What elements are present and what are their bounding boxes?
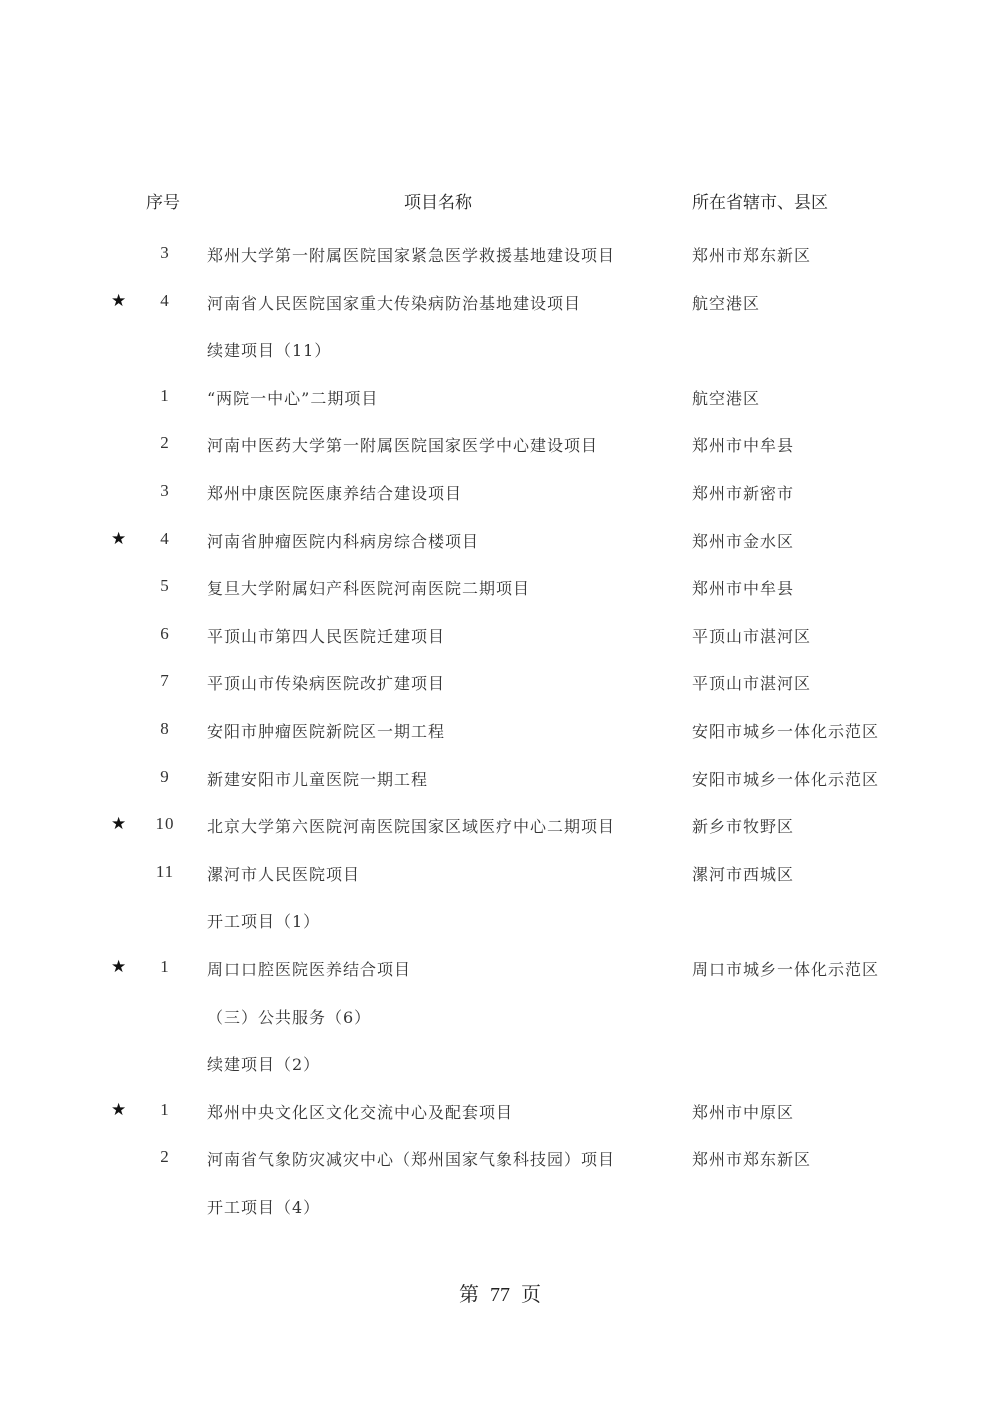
row-number: 1 (150, 1100, 180, 1120)
table-row: 1“两院一中心”二期项目航空港区 (0, 386, 1000, 416)
row-number: 2 (150, 1147, 180, 1167)
project-name: 河南省气象防灾减灾中心（郑州国家气象科技园）项目 (207, 1147, 615, 1170)
project-location: 郑州市金水区 (692, 529, 794, 552)
project-name: 郑州中康医院医康养结合建设项目 (207, 481, 462, 504)
project-location: 郑州市中牟县 (692, 433, 794, 456)
row-number: 4 (150, 529, 180, 549)
row-number: 5 (150, 576, 180, 596)
project-location: 安阳市城乡一体化示范区 (692, 767, 879, 790)
star-icon: ★ (111, 1100, 127, 1120)
table-header: 序号 项目名称 所在省辖市、县区 (0, 188, 1000, 218)
table-row: ★4河南省肿瘤医院内科病房综合楼项目郑州市金水区 (0, 529, 1000, 559)
row-number: 3 (150, 243, 180, 263)
table-row: ★1周口口腔医院医养结合项目周口市城乡一体化示范区 (0, 957, 1000, 987)
project-name: “两院一中心”二期项目 (207, 386, 378, 409)
table-row: 11漯河市人民医院项目漯河市西城区 (0, 862, 1000, 892)
project-name: 周口口腔医院医养结合项目 (207, 957, 411, 980)
project-name: 平顶山市传染病医院改扩建项目 (207, 671, 445, 694)
project-name: 开工项目（4） (207, 1195, 320, 1218)
project-location: 航空港区 (692, 386, 760, 409)
row-number: 2 (150, 433, 180, 453)
star-icon: ★ (111, 814, 127, 834)
row-number: 11 (150, 862, 180, 882)
row-number: 10 (150, 814, 180, 834)
table-row: 8安阳市肿瘤医院新院区一期工程安阳市城乡一体化示范区 (0, 719, 1000, 749)
project-name: （三）公共服务（6） (207, 1005, 371, 1028)
star-icon: ★ (111, 291, 127, 311)
project-location: 平顶山市湛河区 (692, 671, 811, 694)
header-location: 所在省辖市、县区 (692, 188, 828, 213)
project-name: 北京大学第六医院河南医院国家区域医疗中心二期项目 (207, 814, 615, 837)
project-name: 河南省人民医院国家重大传染病防治基地建设项目 (207, 291, 581, 314)
table-row: 3郑州大学第一附属医院国家紧急医学救援基地建设项目郑州市郑东新区 (0, 243, 1000, 273)
row-number: 1 (150, 957, 180, 977)
row-number: 6 (150, 624, 180, 644)
star-icon: ★ (111, 529, 127, 549)
project-name: 复旦大学附属妇产科医院河南医院二期项目 (207, 576, 530, 599)
project-location: 郑州市郑东新区 (692, 243, 811, 266)
page-number: 第 77 页 (0, 1278, 1000, 1307)
project-name: 河南中医药大学第一附属医院国家医学中心建设项目 (207, 433, 598, 456)
table-row: 6平顶山市第四人民医院迁建项目平顶山市湛河区 (0, 624, 1000, 654)
table-row: 5复旦大学附属妇产科医院河南医院二期项目郑州市中牟县 (0, 576, 1000, 606)
row-number: 8 (150, 719, 180, 739)
table-row: （三）公共服务（6） (0, 1005, 1000, 1035)
project-name: 河南省肿瘤医院内科病房综合楼项目 (207, 529, 479, 552)
table-row: 开工项目（1） (0, 909, 1000, 939)
table-row: 3郑州中康医院医康养结合建设项目郑州市新密市 (0, 481, 1000, 511)
header-number: 序号 (146, 188, 180, 213)
project-location: 郑州市中牟县 (692, 576, 794, 599)
project-name: 续建项目（2） (207, 1052, 320, 1075)
project-name: 开工项目（1） (207, 909, 320, 932)
project-name: 郑州大学第一附属医院国家紧急医学救援基地建设项目 (207, 243, 615, 266)
project-name: 新建安阳市儿童医院一期工程 (207, 767, 428, 790)
project-location: 郑州市新密市 (692, 481, 794, 504)
table-row: 2河南省气象防灾减灾中心（郑州国家气象科技园）项目郑州市郑东新区 (0, 1147, 1000, 1177)
document-page: 序号 项目名称 所在省辖市、县区 3郑州大学第一附属医院国家紧急医学救援基地建设… (0, 0, 1000, 1414)
header-name: 项目名称 (404, 188, 472, 213)
project-location: 安阳市城乡一体化示范区 (692, 719, 879, 742)
table-row: ★1郑州中央文化区文化交流中心及配套项目郑州市中原区 (0, 1100, 1000, 1130)
row-number: 3 (150, 481, 180, 501)
table-row: 续建项目（11） (0, 338, 1000, 368)
project-location: 平顶山市湛河区 (692, 624, 811, 647)
table-row: ★10北京大学第六医院河南医院国家区域医疗中心二期项目新乡市牧野区 (0, 814, 1000, 844)
project-location: 航空港区 (692, 291, 760, 314)
project-name: 郑州中央文化区文化交流中心及配套项目 (207, 1100, 513, 1123)
project-name: 平顶山市第四人民医院迁建项目 (207, 624, 445, 647)
row-number: 9 (150, 767, 180, 787)
row-number: 1 (150, 386, 180, 406)
project-location: 漯河市西城区 (692, 862, 794, 885)
table-row: 开工项目（4） (0, 1195, 1000, 1225)
project-name: 续建项目（11） (207, 338, 331, 361)
project-location: 郑州市中原区 (692, 1100, 794, 1123)
table-row: 7平顶山市传染病医院改扩建项目平顶山市湛河区 (0, 671, 1000, 701)
project-location: 周口市城乡一体化示范区 (692, 957, 879, 980)
star-icon: ★ (111, 957, 127, 977)
row-number: 4 (150, 291, 180, 311)
project-location: 新乡市牧野区 (692, 814, 794, 837)
project-name: 漯河市人民医院项目 (207, 862, 360, 885)
table-row: 9新建安阳市儿童医院一期工程安阳市城乡一体化示范区 (0, 767, 1000, 797)
table-row: 2河南中医药大学第一附属医院国家医学中心建设项目郑州市中牟县 (0, 433, 1000, 463)
table-row: 续建项目（2） (0, 1052, 1000, 1082)
project-location: 郑州市郑东新区 (692, 1147, 811, 1170)
table-row: ★4河南省人民医院国家重大传染病防治基地建设项目航空港区 (0, 291, 1000, 321)
row-number: 7 (150, 671, 180, 691)
project-name: 安阳市肿瘤医院新院区一期工程 (207, 719, 445, 742)
